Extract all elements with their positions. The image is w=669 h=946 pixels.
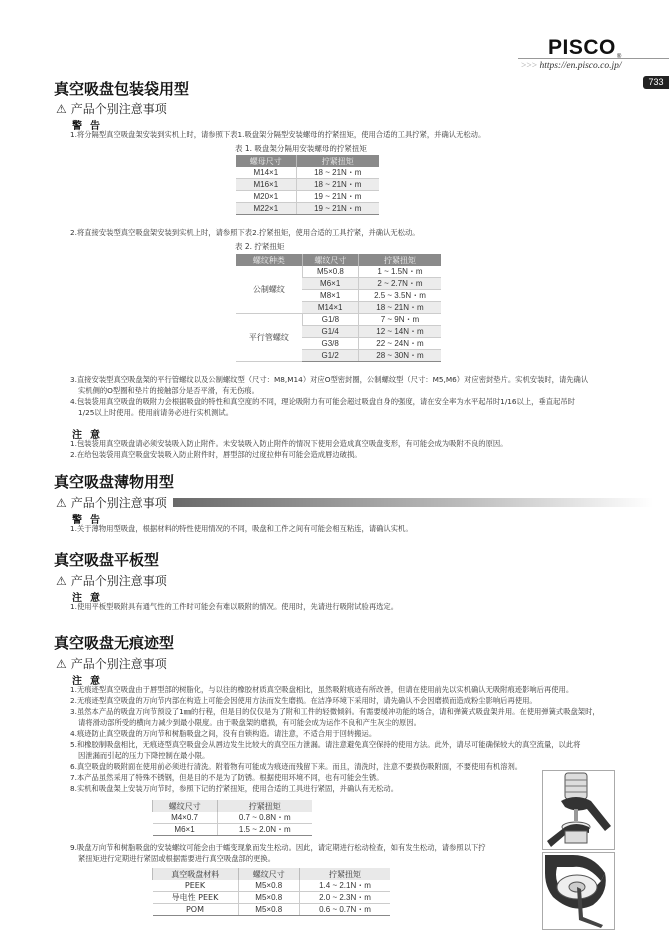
warning-icon: ⚠ [56, 102, 67, 116]
section-subtitle: ⚠产品个别注意事项 [56, 100, 167, 117]
note-item: 1.无痕迹型真空吸盘由于唇型部的树脂化，与以往的橡胶材质真空吸盘相比，虽然吸附痕… [70, 685, 573, 695]
note-item: 4.痕迹防止真空吸盘的万向节和树脂吸盘之间，没有自锁构造。请注意，不适合用于回转… [70, 729, 376, 739]
note-item: 3.虽然本产品的吸盘万向节预设了1㎜的行程，但是目的仅仅是为了附和工件的轻微倾斜… [70, 707, 600, 717]
note-item-cont: 紧扭矩进行定期进行紧固或根据需要进行真空吸盘部的更换。 [78, 854, 275, 864]
note-item: 2.在给包装袋用真空吸盘安装吸入防止附件时，唇型部的过度拉伸有可能会造成唇边破损… [70, 450, 362, 460]
note-item: 5.和橡胶制吸盘相比，无痕迹型真空吸盘会从唇边发生比较大的真空压力泄漏。请注意避… [70, 740, 580, 750]
section-subtitle: ⚠产品个别注意事项 [56, 494, 653, 511]
note-item-cont: 因泄漏而引起的压力下降控制在最小限。 [78, 751, 209, 761]
note-item: 8.实机和吸盘架上安装万向节时，参照下记的拧紧扭矩，使用合适的工具进行紧固，并确… [70, 784, 398, 794]
website-link[interactable]: >>> https://en.pisco.co.jp/ [521, 61, 622, 71]
warning-icon: ⚠ [56, 657, 67, 671]
note-item: 1.将分隔型真空吸盘架安装到实机上时，请参照下表1.吸盘架分隔型安装螺母的拧紧扭… [70, 130, 485, 140]
note-item-cont: 实机侧的O型圈和垫片的接触部分是否平滑，有无伤痕。 [78, 386, 259, 396]
section-title: 真空吸盘平板型 [54, 549, 159, 570]
note-item: 1.包装袋用真空吸盘请必须安装吸入防止附件。未安装吸入防止附件的情况下使用会造成… [70, 439, 507, 449]
warning-icon: ⚠ [56, 574, 67, 588]
note-item: 7.本产品虽然采用了特殊不锈钢，但是目的不是为了防锈。根据使用环境不同，也有可能… [70, 773, 383, 783]
warning-icon: ⚠ [56, 496, 67, 510]
note-item-cont: 1/25以上时使用。使用前请务必进行实机测试。 [78, 408, 233, 418]
table-caption: 表 2. 拧紧扭矩 [235, 241, 284, 252]
gradient-bar [173, 498, 653, 507]
section-subtitle: ⚠产品个别注意事项 [56, 572, 167, 589]
note-item-cont: 请将滑动部所受的横向力减少到最小限度。由于吸盘架的磨损，有可能会成为运作不良和产… [78, 718, 421, 728]
page-number-tab: 733 [643, 76, 669, 89]
wrench-tightening-illustration [542, 770, 615, 850]
pisco-logo: PISCO® [548, 36, 622, 60]
note-item: 3.直接安装型真空吸盘架的平行管螺纹以及公制螺纹型（尺寸：M8,M14）对应O型… [70, 375, 588, 385]
table-gimbal-torque: 螺纹尺寸拧紧扭矩 M4×0.70.7 ~ 0.8N・m M6×11.5 ~ 2.… [152, 800, 312, 836]
section-subtitle: ⚠产品个别注意事项 [56, 655, 167, 672]
header-divider [518, 58, 669, 59]
note-item: 2.无痕迹型真空吸盘的万向节内部在构造上可能会因使用方法而发生磨损。在洁净环境下… [70, 696, 537, 706]
section-title: 真空吸盘薄物用型 [54, 471, 174, 492]
table-thread-torque: 螺纹种类螺纹尺寸拧紧扭矩 公制螺纹M5×0.81 ~ 1.5N・m M6×12 … [236, 254, 441, 362]
note-item: 1.使用平板型吸附具有通气性的工件时可能会有难以吸附的情况。使用时，先请进行吸附… [70, 602, 398, 612]
note-item: 9.吸盘万向节和树脂吸盘的安装螺纹可能会由于蠕变现象而发生松动。因此，请定期进行… [70, 843, 486, 853]
note-item: 2.将直接安装型真空吸盘架安装到实机上时，请参照下表2.拧紧扭矩，使用合适的工具… [70, 228, 420, 238]
illustration-panel [542, 770, 615, 930]
note-item: 4.包装袋用真空吸盘的吸附力会根据吸盘的特性和真空度的不同，理论吸附力有可能会超… [70, 397, 575, 407]
table-caption: 表 1. 吸盘架分隔用安装螺母的拧紧扭矩 [235, 143, 367, 154]
note-item: 6.真空吸盘的吸附面在使用前必须进行清洗。附着物有可能成为痕迹而残留下来。而且，… [70, 762, 522, 772]
note-item: 1.关于薄物用型吸盘，根据材料的特性使用情况的不同，吸盘和工件之间有可能会相互粘… [70, 524, 413, 534]
table-pad-material-torque: 真空吸盘材料螺纹尺寸拧紧扭矩 PEEKM5×0.81.4 ~ 2.1N・m 导电… [152, 868, 390, 916]
section-title: 真空吸盘包装袋用型 [54, 78, 189, 99]
section-title: 真空吸盘无痕迹型 [54, 632, 174, 653]
wrench-hex-key-illustration [542, 852, 615, 930]
table-nut-torque: 螺母尺寸拧紧扭矩 M14×118 ~ 21N・m M16×118 ~ 21N・m… [236, 155, 379, 215]
